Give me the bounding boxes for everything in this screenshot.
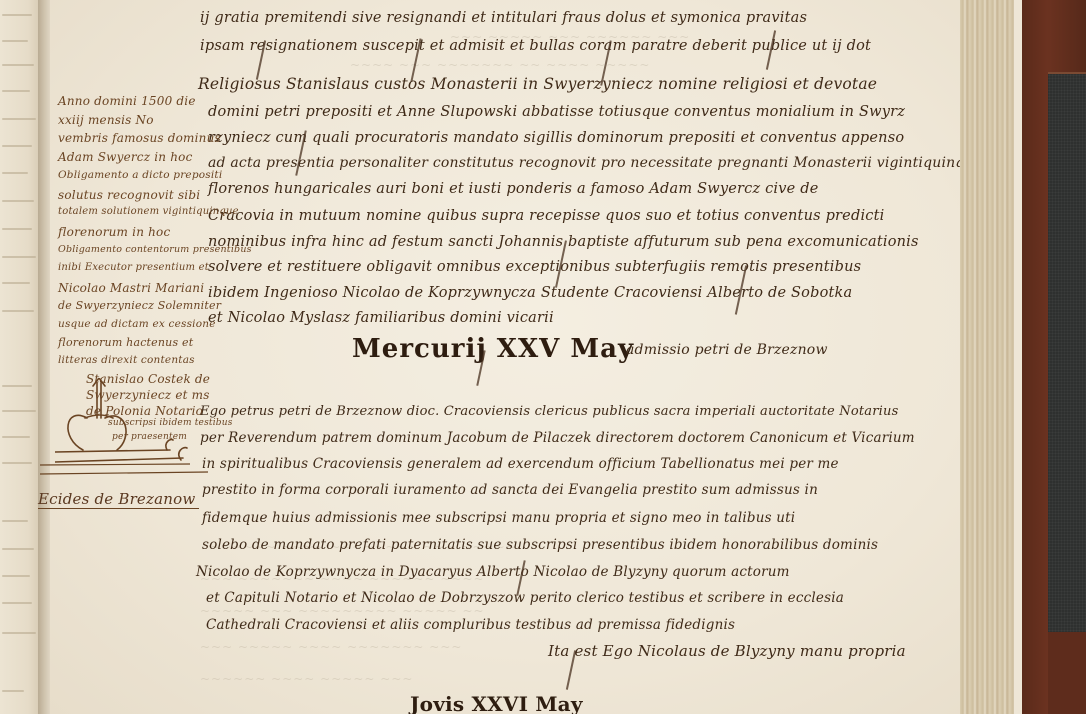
text-line: florenos hungaricales auri boni et iusti… xyxy=(208,181,819,197)
margin-line: Obligamento contentorum presentibus xyxy=(58,244,252,255)
margin-line: litteras direxit contentas xyxy=(58,354,195,366)
text-line: Cathedrali Cracoviensi et aliis compluri… xyxy=(206,617,735,633)
notarial-sign-icon xyxy=(55,378,205,468)
text-line: et Capituli Notario et Nicolao de Dobrzy… xyxy=(206,590,844,606)
notarial-sign-caption: Ecides de Brezanow xyxy=(38,490,199,509)
notary-signature: Ita est Ego Nicolaus de Blyzyny manu pro… xyxy=(548,642,906,660)
date-heading: Mercurij XXV May xyxy=(352,334,634,364)
text-line: Religiosus Stanislaus custos Monasterii … xyxy=(198,75,877,93)
text-line: solebo de mandato prefati paternitatis s… xyxy=(202,537,878,553)
margin-line: florenorum hactenus et xyxy=(58,336,193,349)
margin-line: Anno domini 1500 die xyxy=(58,94,196,108)
text-line: ibidem Ingenioso Nicolao de Koprzywnycza… xyxy=(208,285,852,301)
text-line: ad acta presentia personaliter constitut… xyxy=(208,155,982,171)
text-line: per Reverendum patrem dominum Jacobum de… xyxy=(200,430,915,446)
margin-line: de Swyerzyniecz Solemniter xyxy=(58,299,221,312)
text-line: solvere et restituere obligavit omnibus … xyxy=(208,259,861,275)
margin-line: totalem solutionem vigintiquinque xyxy=(58,206,239,217)
facing-left-page xyxy=(0,0,40,714)
margin-line: Adam Swyercz in hoc xyxy=(58,150,193,164)
text-line: domini petri prepositi et Anne Slupowski… xyxy=(208,104,905,120)
text-line: ij gratia premitendi sive resignandi et … xyxy=(200,10,807,26)
binding-corner xyxy=(1048,632,1086,714)
text-line: Cracovia in mutuum nomine quibus supra r… xyxy=(208,208,884,224)
page-edges xyxy=(960,0,1022,714)
entry-title: admissio petri de Brzeznow xyxy=(626,342,828,358)
margin-line: xxiij mensis No xyxy=(58,113,154,127)
cover-board xyxy=(1048,72,1086,634)
margin-line: florenorum in hoc xyxy=(58,225,170,239)
text-line: Nicolao de Koprzywnycza in Dyacaryus Alb… xyxy=(196,564,790,580)
margin-line: Obligamento a dicto prepositi xyxy=(58,169,222,181)
text-line: Ego petrus petri de Brzeznow dioc. Craco… xyxy=(200,404,898,419)
next-entry-date-heading: Jovis XXVI May xyxy=(410,692,583,714)
margin-line: usque ad dictam ex cessione xyxy=(58,318,216,330)
text-line: in spiritualibus Cracoviensis generalem … xyxy=(202,456,839,472)
manuscript-photo: ~~~ ~~~~~ ~~~ ~~~~~~ ~~~ ~~~~ ~~~ ~~~~~~… xyxy=(0,0,1086,714)
text-line: prestito in forma corporali iuramento ad… xyxy=(202,482,818,498)
margin-line: Nicolao Mastri Mariani xyxy=(58,281,204,295)
margin-rule-lines xyxy=(40,462,210,476)
margin-line: inibi Executor presentium et xyxy=(58,262,209,273)
margin-line: solutus recognovit sibi xyxy=(58,188,200,202)
text-line: et Nicolao Myslasz familiaribus domini v… xyxy=(208,310,554,326)
text-line: rzyniecz cum quali procuratoris mandato … xyxy=(208,130,904,146)
margin-line: vembris famosus dominus xyxy=(58,131,221,145)
text-line: fidemque huius admissionis mee subscrips… xyxy=(202,510,795,526)
